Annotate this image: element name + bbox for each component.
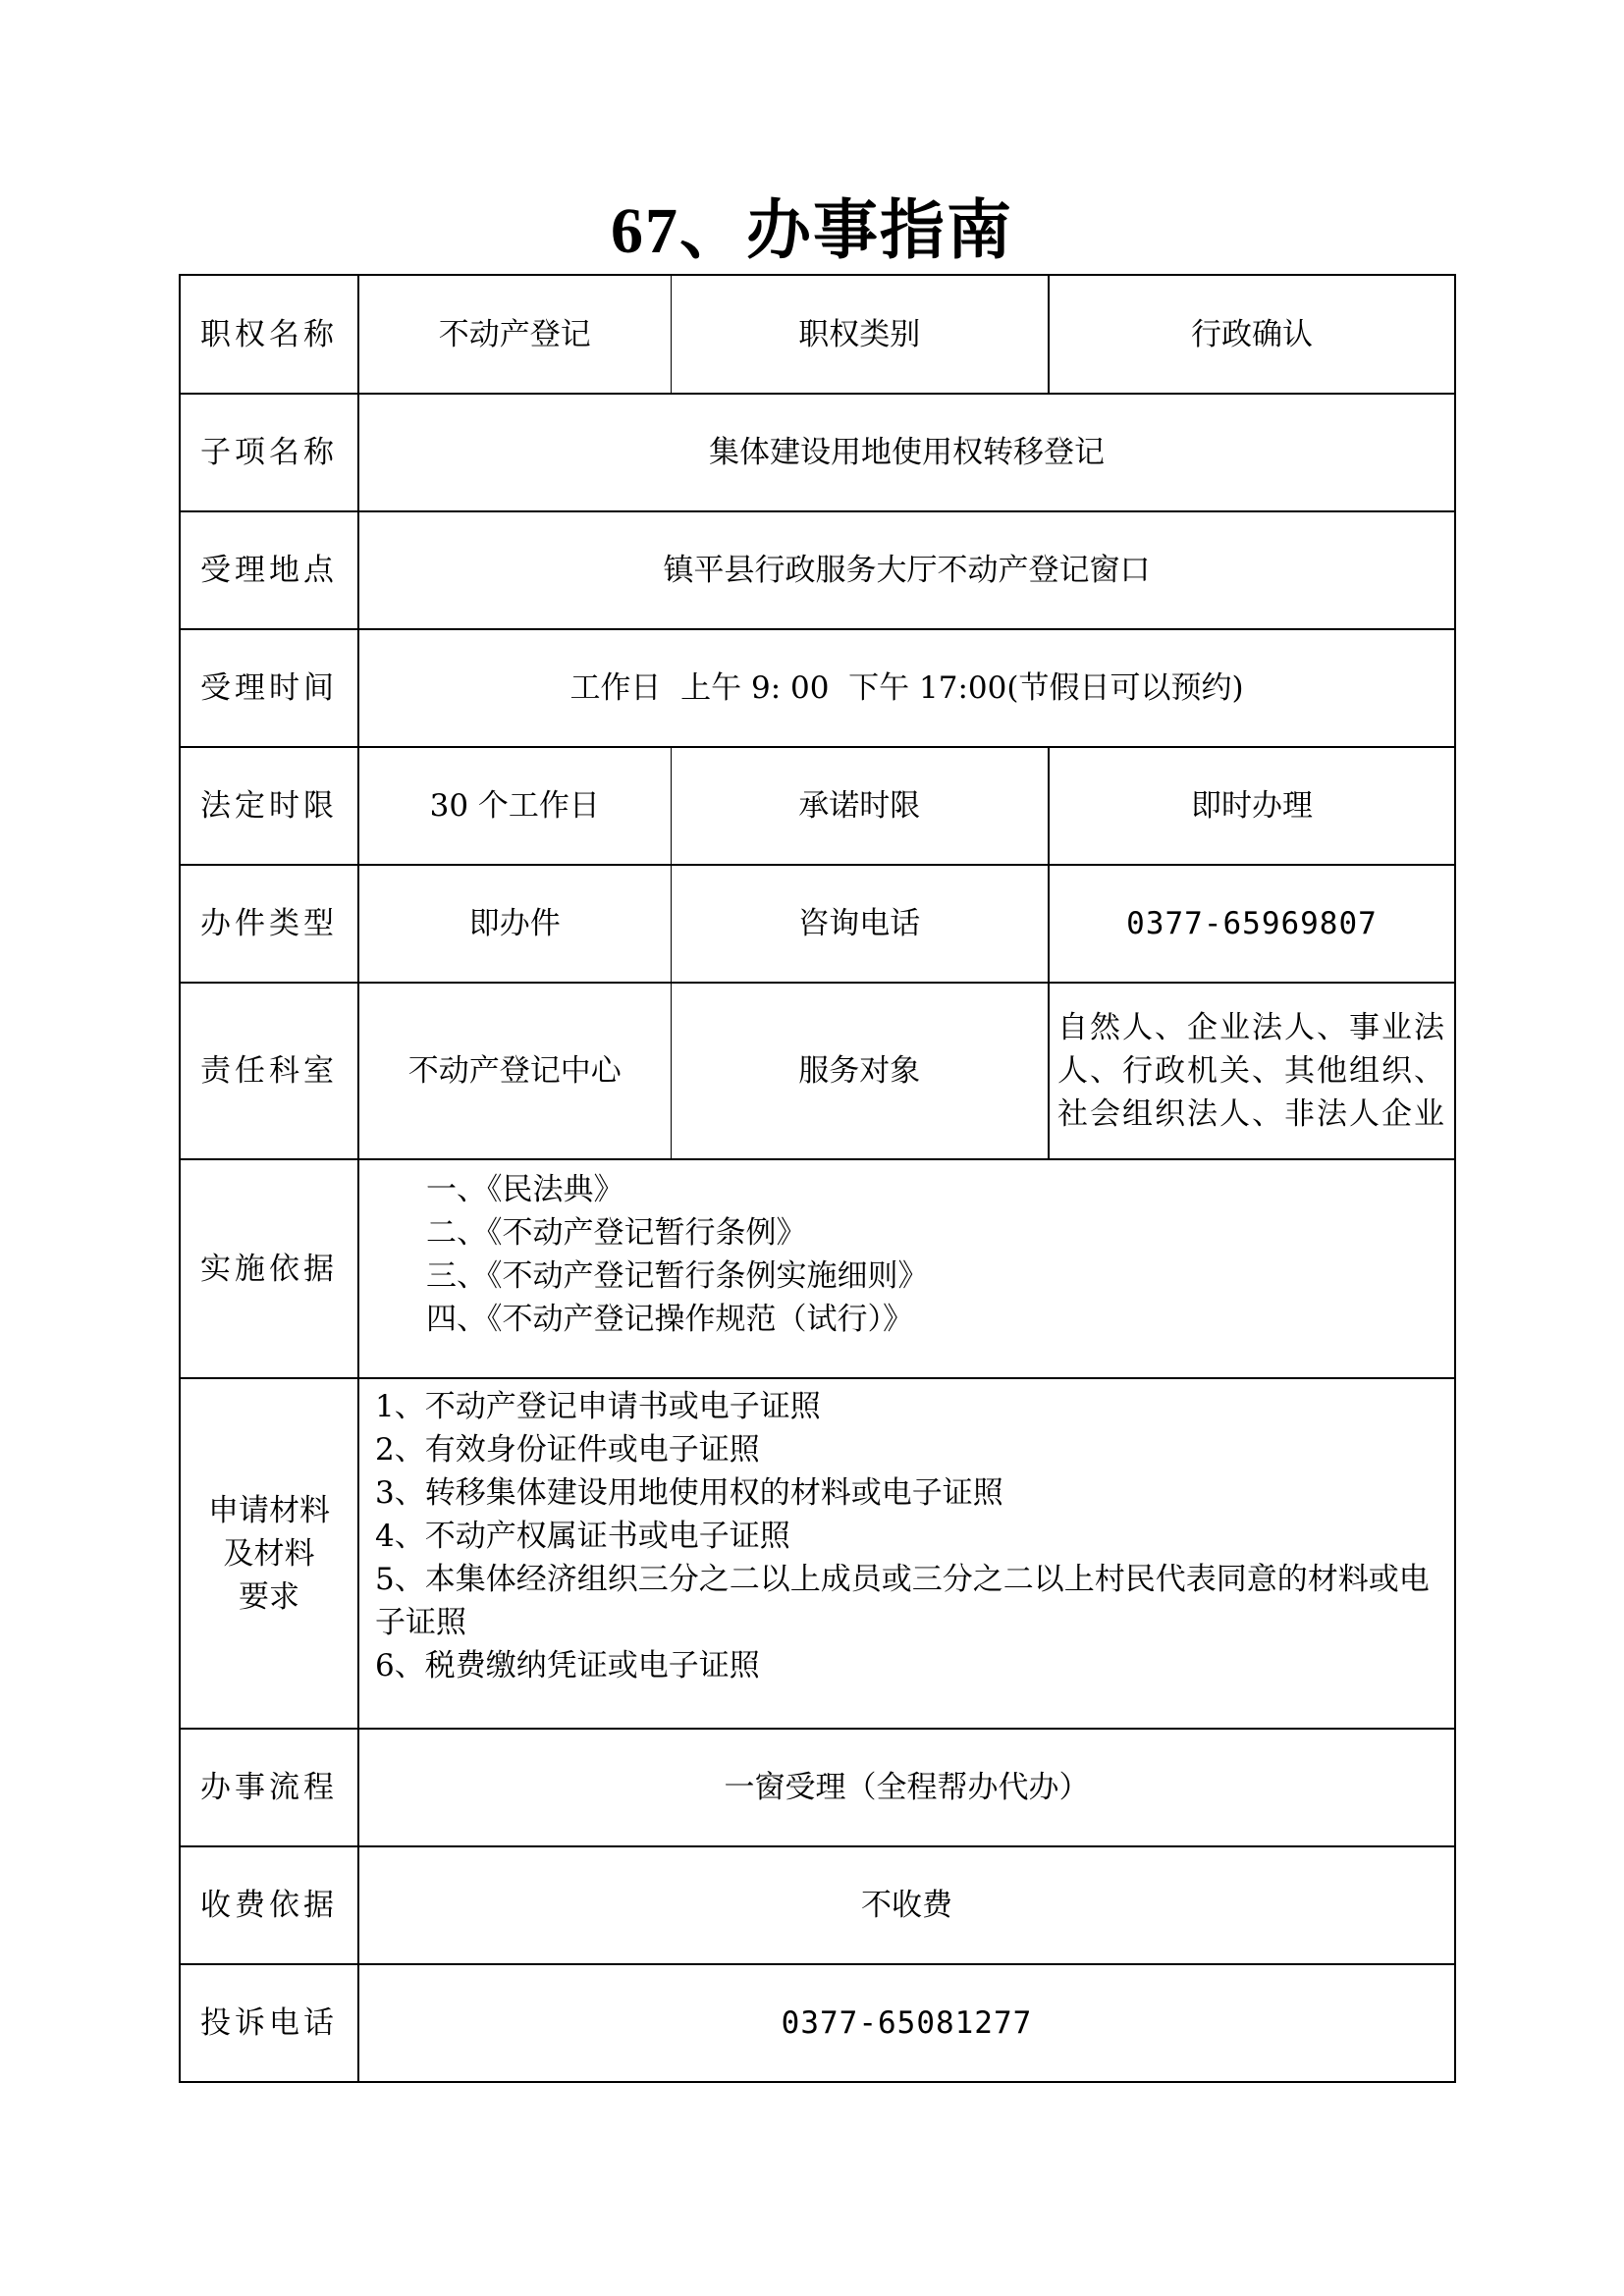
material-item: 2、有效身份证件或电子证照 [375, 1428, 1436, 1471]
service-guide-table: 职权名称 不动产登记 职权类别 行政确认 子项名称 集体建设用地使用权转移登记 … [179, 274, 1456, 2083]
materials-label-text: 申请材料 及材料 要求 [205, 1489, 333, 1619]
table-row-complaint: 投诉电话 0377-65081277 [180, 1964, 1455, 2082]
hours-value: 工作日 上午 9: 00 下午 17:00(节假日可以预约) [358, 629, 1455, 747]
basis-item: 四、《不动产登记操作规范（试行）》 [359, 1298, 1454, 1341]
fee-basis-label: 收费依据 [180, 1846, 358, 1964]
consult-phone-label: 咨询电话 [671, 865, 1049, 983]
basis-item: 三、《不动产登记暂行条例实施细则》 [359, 1255, 1454, 1298]
table-row-time-limit: 法定时限 30 个工作日 承诺时限 即时办理 [180, 747, 1455, 865]
location-label: 受理地点 [180, 511, 358, 629]
authority-name-value: 不动产登记 [358, 275, 671, 394]
table-row-process: 办事流程 一窗受理（全程帮办代办） [180, 1729, 1455, 1846]
complaint-phone-value: 0377-65081277 [358, 1964, 1455, 2082]
legal-time-limit-label: 法定时限 [180, 747, 358, 865]
page-title: 67、办事指南 [0, 192, 1624, 271]
material-item: 6、税费缴纳凭证或电子证照 [375, 1644, 1436, 1687]
case-type-label: 办件类型 [180, 865, 358, 983]
authority-category-value: 行政确认 [1049, 275, 1455, 394]
table-row-hours: 受理时间 工作日 上午 9: 00 下午 17:00(节假日可以预约) [180, 629, 1455, 747]
service-target-label: 服务对象 [671, 983, 1049, 1159]
materials-cell: 1、不动产登记申请书或电子证照 2、有效身份证件或电子证照 3、转移集体建设用地… [358, 1378, 1455, 1729]
table-row-basis: 实施依据 一、《民法典》 二、《不动产登记暂行条例》 三、《不动产登记暂行条例实… [180, 1159, 1455, 1378]
table-row-authority: 职权名称 不动产登记 职权类别 行政确认 [180, 275, 1455, 394]
material-item: 3、转移集体建设用地使用权的材料或电子证照 [375, 1471, 1436, 1515]
materials-label-line: 要求 [239, 1579, 299, 1615]
authority-category-label: 职权类别 [671, 275, 1049, 394]
table-row-sub-item: 子项名称 集体建设用地使用权转移登记 [180, 394, 1455, 511]
sub-item-label: 子项名称 [180, 394, 358, 511]
material-item: 4、不动产权属证书或电子证照 [375, 1515, 1436, 1558]
table-row-materials: 申请材料 及材料 要求 1、不动产登记申请书或电子证照 2、有效身份证件或电子证… [180, 1378, 1455, 1729]
basis-label: 实施依据 [180, 1159, 358, 1378]
process-label: 办事流程 [180, 1729, 358, 1846]
table-row-location: 受理地点 镇平县行政服务大厅不动产登记窗口 [180, 511, 1455, 629]
authority-name-label: 职权名称 [180, 275, 358, 394]
location-value: 镇平县行政服务大厅不动产登记窗口 [358, 511, 1455, 629]
consult-phone-value: 0377-65969807 [1049, 865, 1455, 983]
material-item: 1、不动产登记申请书或电子证照 [375, 1385, 1436, 1428]
hours-label: 受理时间 [180, 629, 358, 747]
complaint-phone-label: 投诉电话 [180, 1964, 358, 2082]
case-type-value: 即办件 [358, 865, 671, 983]
sub-item-value: 集体建设用地使用权转移登记 [358, 394, 1455, 511]
table-row-department: 责任科室 不动产登记中心 服务对象 自然人、企业法人、事业法人、行政机关、其他组… [180, 983, 1455, 1159]
basis-item: 一、《民法典》 [359, 1168, 1454, 1211]
table-row-case-type: 办件类型 即办件 咨询电话 0377-65969807 [180, 865, 1455, 983]
basis-item: 二、《不动产登记暂行条例》 [359, 1211, 1454, 1255]
materials-label: 申请材料 及材料 要求 [180, 1378, 358, 1729]
process-value: 一窗受理（全程帮办代办） [358, 1729, 1455, 1846]
basis-cell: 一、《民法典》 二、《不动产登记暂行条例》 三、《不动产登记暂行条例实施细则》 … [358, 1159, 1455, 1378]
materials-list: 1、不动产登记申请书或电子证照 2、有效身份证件或电子证照 3、转移集体建设用地… [359, 1379, 1454, 1687]
promised-time-limit-label: 承诺时限 [671, 747, 1049, 865]
fee-basis-value: 不收费 [358, 1846, 1455, 1964]
basis-list: 一、《民法典》 二、《不动产登记暂行条例》 三、《不动产登记暂行条例实施细则》 … [359, 1160, 1454, 1341]
materials-label-line: 申请材料 [208, 1493, 330, 1528]
materials-label-line: 及材料 [224, 1536, 315, 1572]
department-label: 责任科室 [180, 983, 358, 1159]
department-value: 不动产登记中心 [358, 983, 671, 1159]
material-item: 5、本集体经济组织三分之二以上成员或三分之二以上村民代表同意的材料或电子证照 [375, 1558, 1436, 1644]
legal-time-limit-value: 30 个工作日 [358, 747, 671, 865]
promised-time-limit-value: 即时办理 [1049, 747, 1455, 865]
service-target-value: 自然人、企业法人、事业法人、行政机关、其他组织、社会组织法人、非法人企业 [1049, 983, 1455, 1159]
table-row-fee: 收费依据 不收费 [180, 1846, 1455, 1964]
